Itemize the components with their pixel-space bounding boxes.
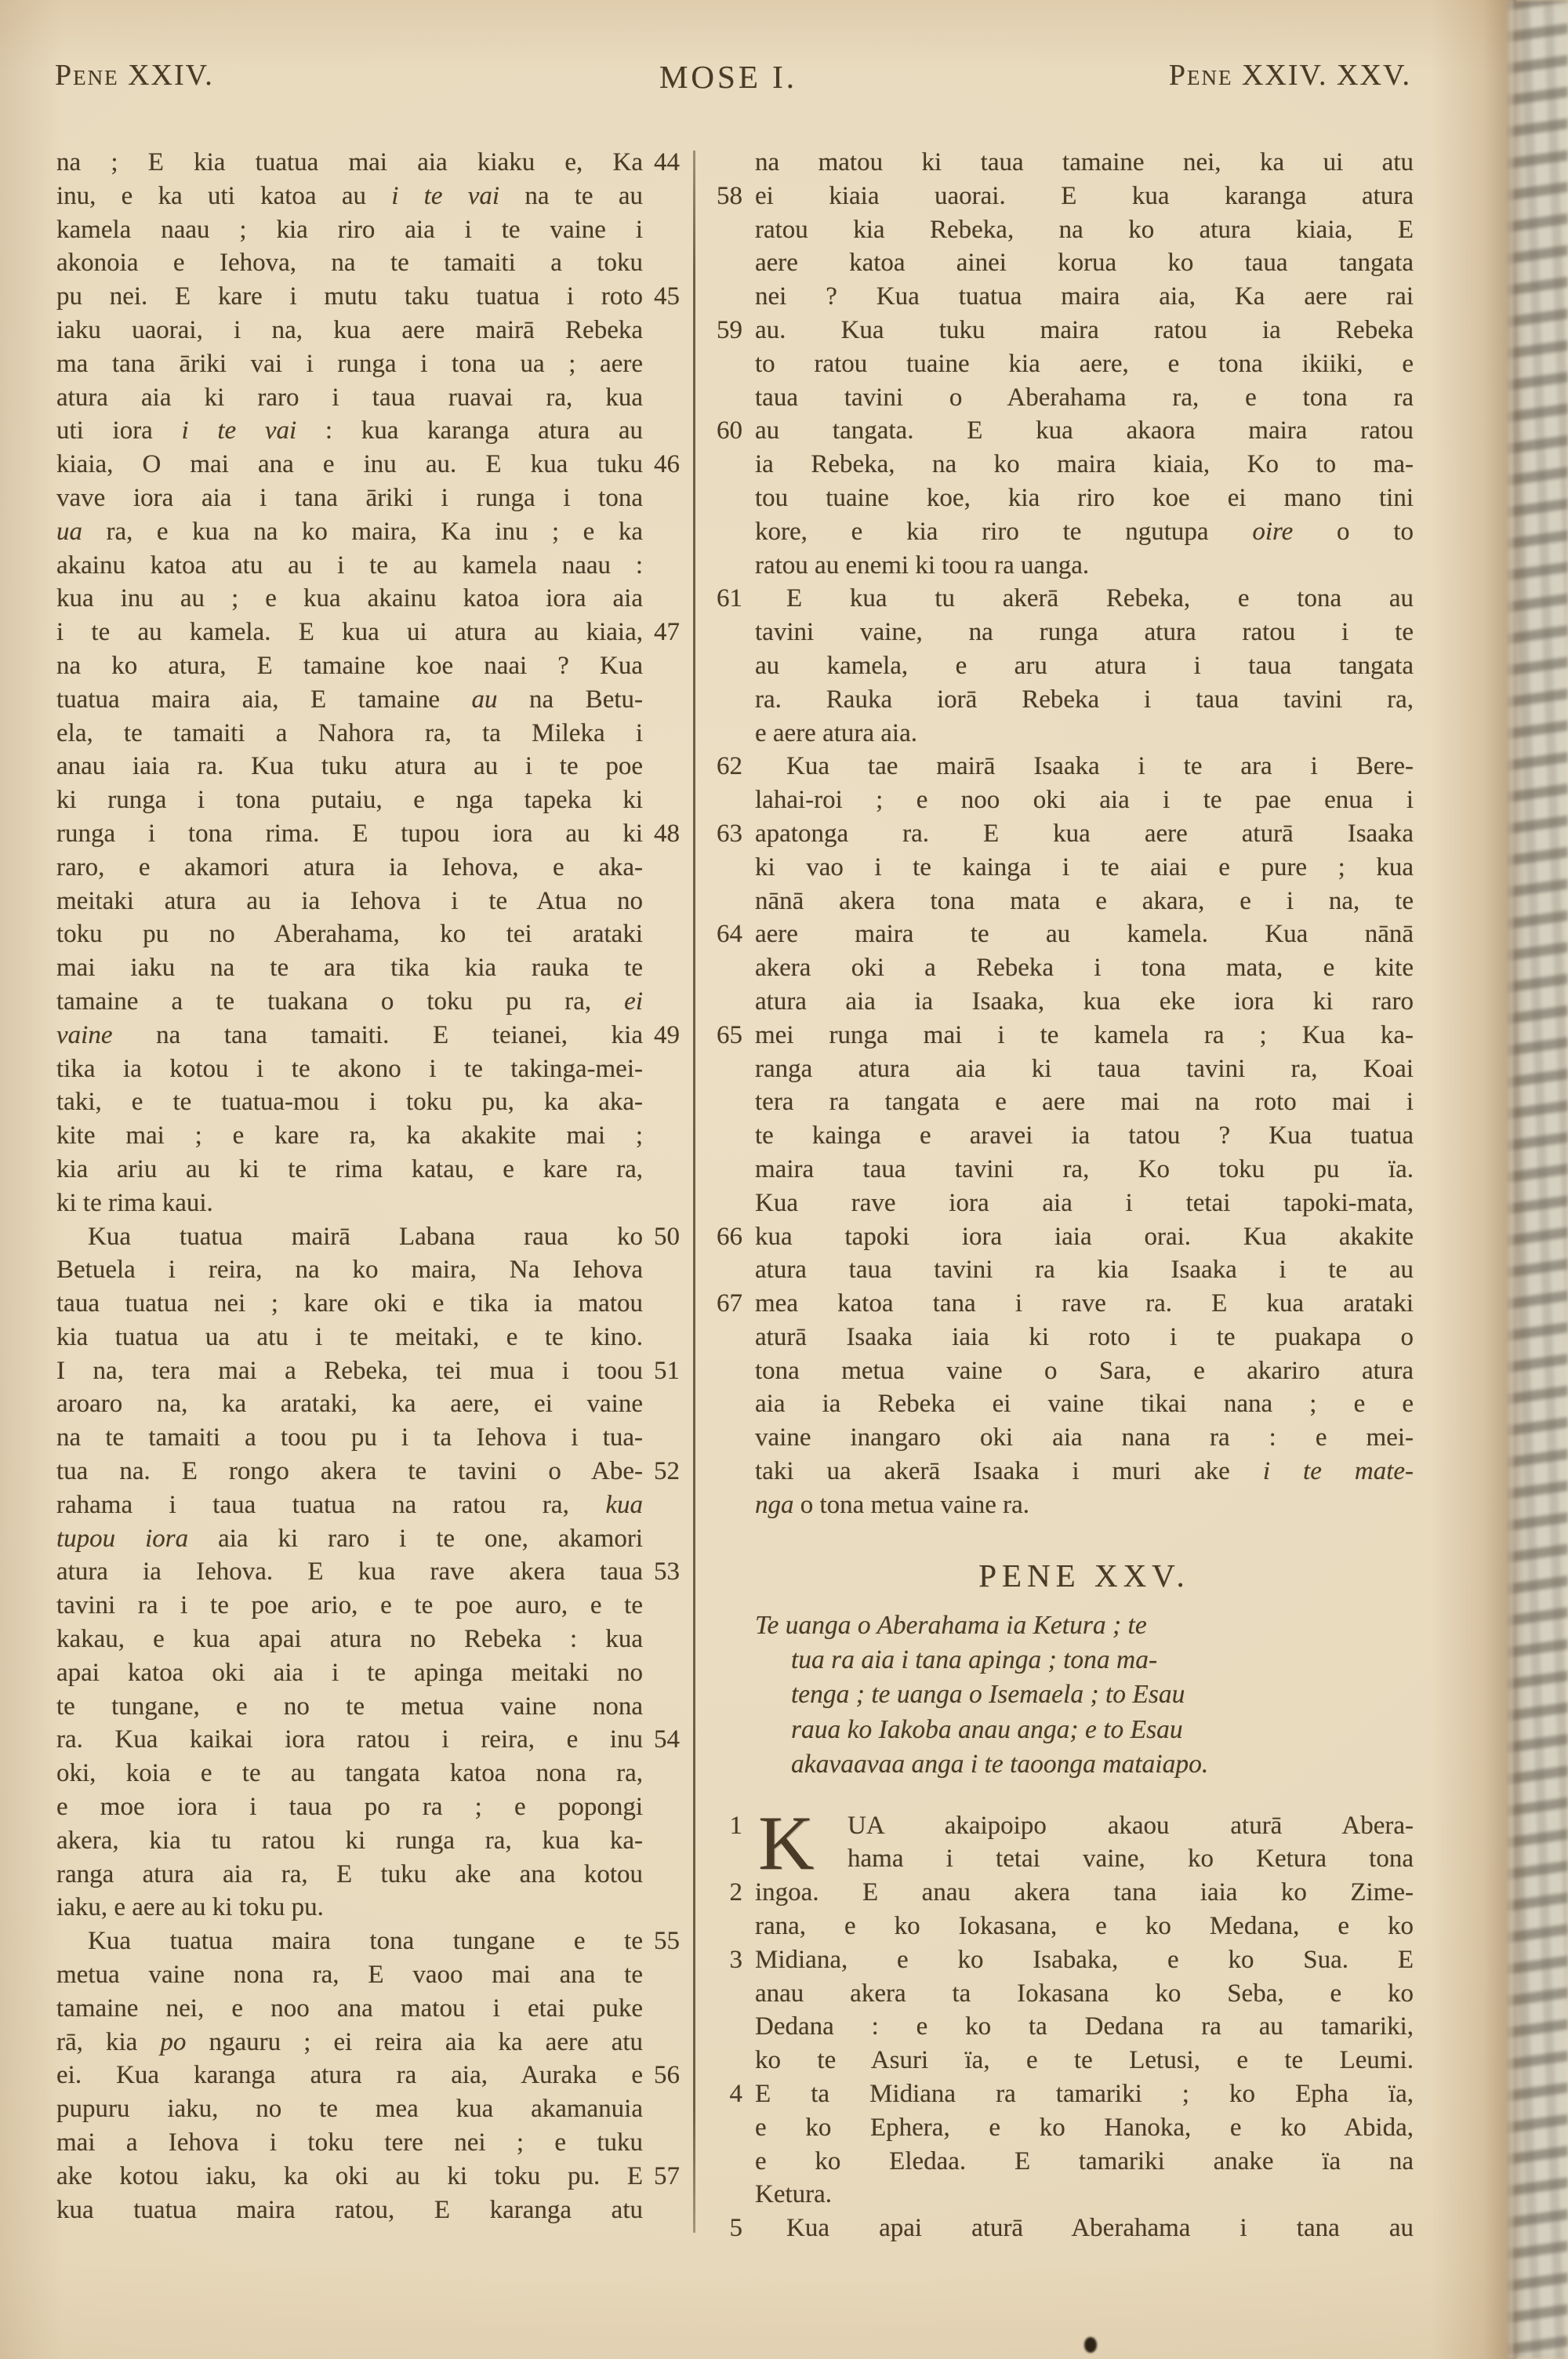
text-line: ma tana āriki vai i runga i tona ua ; ae… xyxy=(56,347,643,381)
text-line: iaku, e aere au ki toku pu. xyxy=(56,1891,643,1925)
running-head-left: Pene XXIV. xyxy=(55,58,214,93)
text-line: pupuru iaku, no te mea kua akamanuia xyxy=(56,2092,643,2126)
text-line: na te tamaiti a toou pu i ta Iehova i tu… xyxy=(56,1421,643,1455)
text-line: tavini vaine, na runga atura ratou i te xyxy=(755,616,1414,649)
text-line: mea katoa tana i rave ra. E kua arataki6… xyxy=(755,1287,1414,1321)
text-line: E kua tu akerā Rebeka, e tona au61 xyxy=(755,582,1414,616)
verse-lines: KUA akaipoipo akaou aturā Abera-1hama i … xyxy=(755,1809,1414,2245)
verse-number: 57 xyxy=(654,2160,680,2194)
text-line: tamaine a te tuakana o toku pu ra, ei xyxy=(56,985,643,1019)
text-line: ei kiaia uaorai. E kua karanga atura58 xyxy=(755,180,1414,213)
page-edge-highlight xyxy=(1505,0,1513,2359)
text-line: kamela naau ; kia riro aia i te vaine i xyxy=(56,213,643,247)
text-line: taki, e te tuatua-mou i toku pu, ka aka- xyxy=(56,1085,643,1119)
text-line: ei. Kua karanga atura ra aia, Auraka e56 xyxy=(56,2059,643,2092)
text-line: ranga atura aia ki taua tavini ra, Koai xyxy=(755,1052,1414,1086)
text-line: uti iora i te vai : kua karanga atura au xyxy=(56,414,643,448)
text-line: akavaavaa anga i te taoonga mataiapo. xyxy=(755,1747,1414,1782)
text-line: nei ? Kua tuatua maira aia, Ka aere rai xyxy=(755,280,1414,314)
text-line: aroaro na, ka arataki, ka aere, ei vaine xyxy=(56,1387,643,1421)
text-line: atura aia ki raro i taua ruavai ra, kua xyxy=(56,381,643,415)
verse-number: 56 xyxy=(654,2059,680,2092)
text-line: tupou iora aia ki raro i te one, akamori xyxy=(56,1522,643,1556)
verse-number: 2 xyxy=(730,1876,743,1910)
text-line: tavini ra i te poe ario, e te poe auro, … xyxy=(56,1589,643,1623)
text-line: ra. Rauka iorā Rebeka i taua tavini ra, xyxy=(755,683,1414,717)
text-line: Kua tuatua maira tona tungane e te55 xyxy=(56,1925,643,1958)
text-line: aia ia Rebeka ei vaine tikai nana ; e e xyxy=(755,1387,1414,1421)
text-line: runga i tona rima. E tupou iora au ki48 xyxy=(56,817,643,851)
running-head-center: MOSE I. xyxy=(659,58,797,96)
text-line: e ko Ephera, e ko Hanoka, e ko Abida, xyxy=(755,2111,1414,2145)
chapter-heading: PENE XXV. xyxy=(755,1558,1414,1593)
text-line: kua tapoki iora iaia orai. Kua akakite66 xyxy=(755,1220,1414,1254)
text-line: kia ariu au ki te rima katau, e kare ra, xyxy=(56,1153,643,1187)
text-line: raro, e akamori atura ia Iehova, e aka- xyxy=(56,851,643,885)
verse-number: 45 xyxy=(654,280,680,314)
text-line: Kua rave iora aia i tetai tapoki-mata, xyxy=(755,1187,1414,1220)
text-line: tamaine nei, e noo ana matou i etai puke xyxy=(56,1992,643,2026)
verse-number: 59 xyxy=(717,314,742,347)
right-column: na matou ki taua tamaine nei, ka ui atue… xyxy=(755,146,1414,2245)
text-line: oki, koia e te au tangata katoa nona ra, xyxy=(56,1757,643,1790)
text-line: tera ra tangata e aere mai na roto mai i xyxy=(755,1085,1414,1119)
verse-number: 3 xyxy=(730,1943,743,1977)
text-line: taki ua akerā Isaaka i muri ake i te mat… xyxy=(755,1455,1414,1488)
text-line: tua na. E rongo akera te tavini o Abe-52 xyxy=(56,1455,643,1488)
text-line: anau akera ta Iokasana ko Seba, e ko xyxy=(755,1977,1414,2011)
text-line: atura ia Iehova. E kua rave akera taua53 xyxy=(56,1555,643,1589)
text-line: pu nei. E kare i mutu taku tuatua i roto… xyxy=(56,280,643,314)
text-line: kite mai ; e kare ra, ka akakite mai ; xyxy=(56,1119,643,1153)
text-line: au. Kua tuku maira ratou ia Rebeka59 xyxy=(755,314,1414,347)
text-line: kua inu au ; e kua akainu katoa iora aia xyxy=(56,582,643,616)
text-line: E ta Midiana ra tamariki ; ko Epha ïa,4 xyxy=(755,2077,1414,2111)
text-line: na matou ki taua tamaine nei, ka ui atu xyxy=(755,146,1414,180)
text-line: na ko atura, E tamaine koe naai ? Kua xyxy=(56,649,643,683)
text-line: Midiana, e ko Isabaka, e ko Sua. E3 xyxy=(755,1943,1414,1977)
text-line: atura taua tavini ra kia Isaaka i te au xyxy=(755,1253,1414,1287)
text-line: lahai-roi ; e noo oki aia i te pae enua … xyxy=(755,783,1414,817)
verse-number: 52 xyxy=(654,1455,680,1488)
text-line: toku pu no Aberahama, ko tei arataki xyxy=(56,918,643,951)
verse-number: 66 xyxy=(717,1220,742,1254)
text-line: to ratou tuaine kia aere, e tona ikiiki,… xyxy=(755,347,1414,381)
text-line: e ko Eledaa. E tamariki anake ïa na xyxy=(755,2145,1414,2179)
text-line: Betuela i reira, na ko maira, Na Iehova xyxy=(56,1253,643,1287)
text-line: vaine inangaro oki aia nana ra : e mei- xyxy=(755,1421,1414,1455)
verse-lines: na matou ki taua tamaine nei, ka ui atue… xyxy=(755,146,1414,1522)
gutter-shadow xyxy=(1430,0,1516,2359)
verse-number: 54 xyxy=(654,1723,680,1757)
text-line: metua vaine nona ra, E vaoo mai ana te xyxy=(56,1958,643,1992)
text-line: i te au kamela. E kua ui atura au kiaia,… xyxy=(56,616,643,649)
verse-number: 5 xyxy=(730,2212,743,2245)
verse-number: 63 xyxy=(717,817,742,851)
verse-number: 44 xyxy=(654,146,680,180)
verse-lines: na ; E kia tuatua mai aia kiaku e, Ka44i… xyxy=(56,146,643,2226)
verse-number: 62 xyxy=(717,750,742,783)
verse-number: 4 xyxy=(730,2077,743,2111)
verse-number: 46 xyxy=(654,448,680,482)
ink-speck xyxy=(1084,2337,1097,2353)
verse-number: 61 xyxy=(717,582,742,616)
text-line: e aere atura aia. xyxy=(755,717,1414,751)
text-line: atura aia ia Isaaka, kua eke iora ki rar… xyxy=(755,985,1414,1019)
text-line: te tungane, e no te metua vaine nona xyxy=(56,1690,643,1724)
text-line: apai katoa oki aia i te apinga meitaki n… xyxy=(56,1656,643,1690)
column-divider-rule xyxy=(693,151,695,2233)
text-line: taua tuatua nei ; kare oki e tika ia mat… xyxy=(56,1287,643,1321)
verse-number: 48 xyxy=(654,817,680,851)
text-line: Kua tuatua mairā Labana raua ko50 xyxy=(56,1220,643,1254)
text-line: rahama i taua tuatua na ratou ra, kua xyxy=(56,1488,643,1522)
verse-number: 55 xyxy=(654,1925,680,1958)
verse-number: 49 xyxy=(654,1019,680,1052)
verse-number: 1 xyxy=(730,1809,743,1843)
text-line: ki vao i te kainga i te aiai e pure ; ku… xyxy=(755,851,1414,885)
text-line: hama i tetai vaine, ko Ketura tona xyxy=(755,1842,1414,1876)
text-line: inu, e ka uti katoa au i te vai na te au xyxy=(56,180,643,213)
text-line: e moe iora i taua po ra ; e popongi xyxy=(56,1790,643,1824)
verse-number: 60 xyxy=(717,414,742,448)
text-line: nga o tona metua vaine ra. xyxy=(755,1488,1414,1522)
chapter-summary: Te uanga o Aberahama ia Ketura ; tetua r… xyxy=(755,1608,1414,1783)
text-line: ingoa. E anau akera tana iaia ko Zime-2 xyxy=(755,1876,1414,1910)
verse-number: 65 xyxy=(717,1019,742,1052)
text-line: mai iaku na te ara tika kia rauka te xyxy=(56,951,643,985)
verse-number: 50 xyxy=(654,1220,680,1254)
text-line: vaine na tana tamaiti. E teianei, kia49 xyxy=(56,1019,643,1052)
text-line: kakau, e kua apai atura no Rebeka : kua xyxy=(56,1623,643,1656)
text-line: aere maira te au kamela. Kua nānā64 xyxy=(755,918,1414,951)
text-line: ratou au enemi ki toou ra uanga. xyxy=(755,549,1414,583)
text-line: au tangata. E kua akaora maira ratou60 xyxy=(755,414,1414,448)
text-line: ra. Kua kaikai iora ratou i reira, e inu… xyxy=(56,1723,643,1757)
text-line: Ketura. xyxy=(755,2178,1414,2212)
text-line: Kua tae mairā Isaaka i te ara i Bere-62 xyxy=(755,750,1414,783)
text-line: maira taua tavini ra, Ko toku pu ïa. xyxy=(755,1153,1414,1187)
text-line: mai a Iehova i toku tere nei ; e tuku xyxy=(56,2126,643,2160)
verse-number: 64 xyxy=(717,918,742,951)
text-line: ki te rima kaui. xyxy=(56,1187,643,1220)
text-line: apatonga ra. E kua aere aturā Isaaka63 xyxy=(755,817,1414,851)
text-line: te kainga e aravei ia tatou ? Kua tuatua xyxy=(755,1119,1414,1153)
text-line: tua ra aia i tana apinga ; tona ma- xyxy=(755,1643,1414,1677)
text-line: KUA akaipoipo akaou aturā Abera-1 xyxy=(755,1809,1414,1843)
text-line: kua tuatua maira ratou, E karanga atu xyxy=(56,2194,643,2227)
verse-number: 51 xyxy=(654,1354,680,1388)
text-line: iaku uaorai, i na, kua aere mairā Rebeka xyxy=(56,314,643,347)
text-line: meitaki atura au ia Iehova i te Atua no xyxy=(56,885,643,918)
text-line: ua ra, e kua na ko maira, Ka inu ; e ka xyxy=(56,515,643,549)
text-line: mei runga mai i te kamela ra ; Kua ka-65 xyxy=(755,1019,1414,1052)
verse-number: 47 xyxy=(654,616,680,649)
text-line: ko te Asuri ïa, e te Letusi, e te Leumi. xyxy=(755,2044,1414,2077)
text-line: akera oki a Rebeka i tona mata, e kite xyxy=(755,951,1414,985)
text-line: vave iora aia i tana āriki i runga i ton… xyxy=(56,482,643,515)
left-column: na ; E kia tuatua mai aia kiaku e, Ka44i… xyxy=(56,146,643,2226)
text-line: Dedana : e ko ta Dedana ra au tamariki, xyxy=(755,2010,1414,2044)
text-line: ratou kia Rebeka, na ko atura kiaia, E xyxy=(755,213,1414,247)
text-line: aere katoa ainei korua ko taua tangata xyxy=(755,246,1414,280)
text-line: au kamela, e aru atura i taua tangata xyxy=(755,649,1414,683)
verse-number: 67 xyxy=(717,1287,742,1321)
text-line: kia tuatua ua atu i te meitaki, e te kin… xyxy=(56,1321,643,1354)
text-line: ela, te tamaiti a Nahora ra, ta Mileka i xyxy=(56,717,643,751)
text-line: kore, e kia riro te ngutupa oire o to xyxy=(755,515,1414,549)
text-line: na ; E kia tuatua mai aia kiaku e, Ka44 xyxy=(56,146,643,180)
text-line: tona metua vaine o Sara, e akariro atura xyxy=(755,1354,1414,1388)
text-line: ki runga i tona putaiu, e nga tapeka ki xyxy=(56,783,643,817)
verse-number: 58 xyxy=(717,180,742,213)
text-line: rana, e ko Iokasana, e ko Medana, e ko xyxy=(755,1910,1414,1943)
text-line: anau iaia ra. Kua tuku atura au i te poe xyxy=(56,750,643,783)
text-line: akainu katoa atu au i te au kamela naau … xyxy=(56,549,643,583)
text-line: akonoia e Iehova, na te tamaiti a toku xyxy=(56,246,643,280)
text-line: raua ko Iakoba anau anga; e to Esau xyxy=(755,1713,1414,1747)
text-line: Te uanga o Aberahama ia Ketura ; te xyxy=(755,1608,1414,1643)
text-line: Kua apai aturā Aberahama i tana au5 xyxy=(755,2212,1414,2245)
running-head-right: Pene XXIV. XXV. xyxy=(1169,58,1411,93)
text-line: I na, tera mai a Rebeka, tei mua i toou5… xyxy=(56,1354,643,1388)
verse-number: 53 xyxy=(654,1555,680,1589)
text-line: ranga atura aia ra, E tuku ake ana kotou xyxy=(56,1858,643,1892)
text-line: tenga ; te uanga o Isemaela ; to Esau xyxy=(755,1677,1414,1712)
scanned-book-page: Pene XXIV. MOSE I. Pene XXIV. XXV. na ; … xyxy=(0,0,1568,2359)
text-line: akera, kia tu ratou ki runga ra, kua ka- xyxy=(56,1824,643,1858)
text-line: taua tavini o Aberahama ra, e tona ra xyxy=(755,381,1414,415)
text-line: ia Rebeka, na ko maira kiaia, Ko to ma- xyxy=(755,448,1414,482)
adjacent-page-edge xyxy=(1508,0,1568,2359)
text-line: ake kotou iaku, ka oki au ki toku pu. E5… xyxy=(56,2160,643,2194)
text-line: rā, kia po ngauru ; ei reira aia ka aere… xyxy=(56,2026,643,2059)
text-line: tika ia kotou i te akono i te takinga-me… xyxy=(56,1052,643,1086)
text-line: tou tuaine koe, kia riro koe ei mano tin… xyxy=(755,482,1414,515)
text-line: aturā Isaaka iaia ki roto i te puakapa o xyxy=(755,1321,1414,1354)
text-line: kiaia, O mai ana e inu au. E kua tuku46 xyxy=(56,448,643,482)
text-line: tuatua maira aia, E tamaine au na Betu- xyxy=(56,683,643,717)
text-line: nānā akera tona mata e akara, e i na, te xyxy=(755,885,1414,918)
